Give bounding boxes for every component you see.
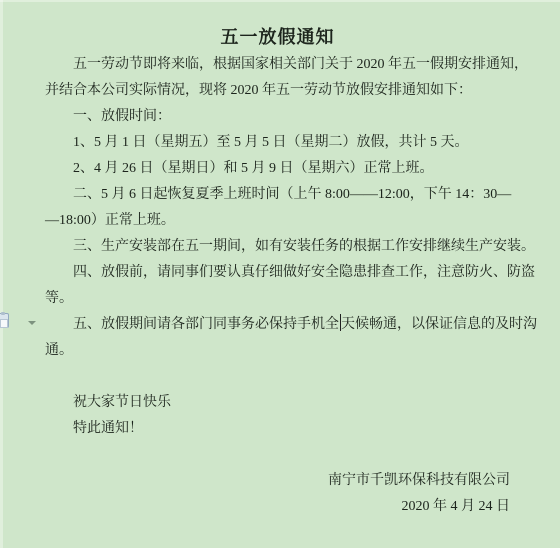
paragraph-line: 2、4 月 26 日（星期日）和 5 月 9 日（星期六）正常上班。 [45,156,510,182]
paragraph-line: 等。 [45,286,510,312]
paragraph-line: 1、5 月 1 日（星期五）至 5 月 5 日（星期二）放假，共计 5 天。 [45,130,510,156]
clipboard-paste-icon [0,313,9,328]
signature-date: 2020 年 4 月 24 日 [45,494,510,520]
signature-company: 南宁市千凯环保科技有限公司 [45,468,510,494]
paragraph-line: 四、放假前，请同事们要认真仔细做好安全隐患排查工作，注意防火、防盗 [45,260,510,286]
closing-wish: 祝大家节日快乐 [45,390,510,416]
paragraph-line: 通。 [45,338,510,364]
paragraph-line: 并结合本公司实际情况，现将 2020 年五一劳动节放假安排通知如下： [45,78,510,104]
notice-title: 五一放假通知 [45,22,510,52]
paste-options-button[interactable] [0,313,39,333]
text-after-cursor: 天候畅通，以保证信息的及时沟 [341,317,537,332]
blank-line [45,364,510,390]
paragraph-line: 三、生产安装部在五一期间，如有安装任务的根据工作安排继续生产安装。 [45,234,510,260]
paragraph-line: —18:00）正常上班。 [45,208,510,234]
blank-line [45,442,510,468]
document-canvas[interactable]: 五一放假通知 五一劳动节即将来临，根据国家相关部门关于 2020 年五一假期安排… [0,0,560,548]
section-heading-line: 一、放假时间： [45,104,510,130]
closing-notice: 特此通知！ [45,416,510,442]
page-edge-left [0,0,3,548]
dropdown-arrow-icon [28,321,36,325]
paragraph-line-with-cursor: 五、放假期间请各部门同事务必保持手机全天候畅通，以保证信息的及时沟 [45,312,510,338]
paragraph-line: 二、5 月 6 日起恢复夏季上班时间（上午 8:00——12:00，下午 14：… [45,182,510,208]
page-edge-top [0,0,560,2]
paragraph-line: 五一劳动节即将来临，根据国家相关部门关于 2020 年五一假期安排通知， [45,52,510,78]
text-before-cursor: 五、放假期间请各部门同事务必保持手机全 [73,317,339,332]
